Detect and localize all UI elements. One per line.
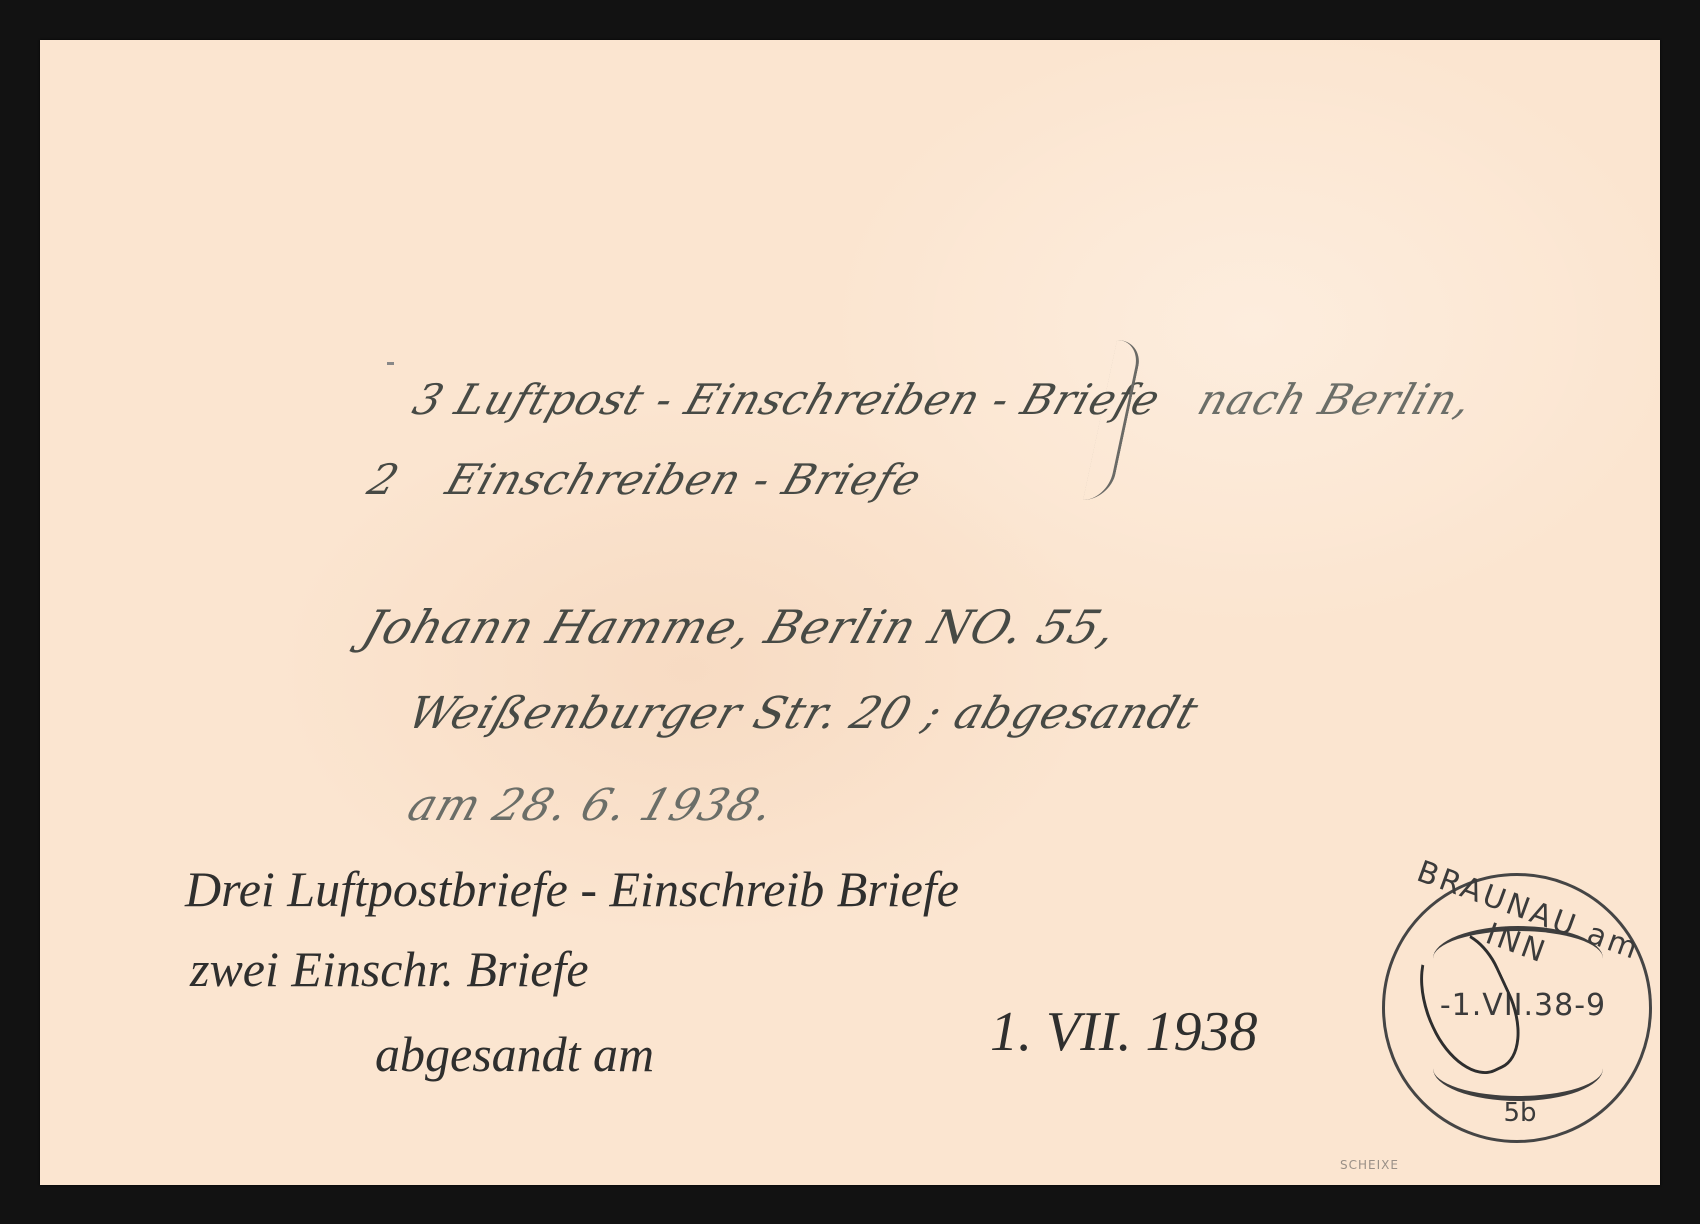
printer-imprint: SCHEIXE xyxy=(1340,1158,1399,1172)
recipient-address-line-2: Weißenburger Str. 20 ; abgesandt xyxy=(402,688,1205,739)
kurrent-line-2: 2 Einschreiben - Briefe xyxy=(362,455,928,504)
ink-mark xyxy=(387,362,394,365)
letter-description-2: Einschreiben - Briefe xyxy=(440,455,928,504)
destination-note: nach Berlin, xyxy=(1192,375,1479,424)
postmark-stamp: BRAUNAU am INN -1.VII.38-9 5b xyxy=(1382,873,1652,1143)
latin-line-3: abgesandt am xyxy=(375,1025,654,1083)
postmark-code: 5b xyxy=(1480,1098,1560,1128)
kurrent-line-1: 3 Luftpost - Einschreiben - Briefe xyxy=(407,375,1167,424)
letter-description-1: Luftpost - Einschreiben - Briefe xyxy=(449,375,1167,424)
sent-date-latin: 1. VII. 1938 xyxy=(990,1000,1258,1064)
sent-date-kurrent: am 28. 6. 1938. xyxy=(402,780,781,831)
letter-count-1: 3 xyxy=(407,375,451,424)
recipient-address-line-1: Johann Hamme, Berlin NO. 55, xyxy=(356,600,1124,654)
latin-line-1: Drei Luftpostbriefe - Einschreib Briefe xyxy=(185,860,959,918)
latin-line-2: zwei Einschr. Briefe xyxy=(190,940,589,998)
letter-count-2: 2 xyxy=(362,455,406,504)
